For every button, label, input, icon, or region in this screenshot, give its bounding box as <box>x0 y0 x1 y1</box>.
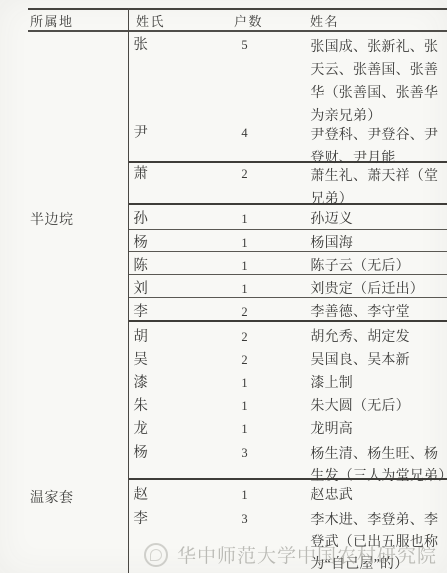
names-cell: 朱大圆（无后） <box>301 397 446 417</box>
table-top-border <box>28 8 447 10</box>
names-cell: 李善德、李守堂 <box>301 303 446 323</box>
table-row: 尹 4 尹登科、尹登谷、尹登财、尹月能 <box>129 122 447 163</box>
surname-cell: 孙 <box>129 210 231 228</box>
households-cell: 2 <box>231 165 301 184</box>
surname-cell: 杨 <box>129 444 231 462</box>
names-cell: 刘贵定（后迁出） <box>301 280 446 300</box>
surname-cell: 漆 <box>129 374 231 392</box>
surname-cell: 陈 <box>129 257 231 275</box>
households-cell: 1 <box>231 280 301 299</box>
households-cell: 3 <box>231 510 301 529</box>
surname-cell: 龙 <box>129 420 231 438</box>
households-cell: 1 <box>231 397 301 416</box>
header-names: 姓名 <box>310 11 339 30</box>
table-row: 朱 1 朱大圆（无后） <box>129 391 447 414</box>
names-cell: 胡允秀、胡定发 <box>301 328 446 348</box>
households-cell: 1 <box>231 374 301 393</box>
names-cell: 尹登科、尹登谷、尹登财、尹月能 <box>301 124 446 170</box>
names-cell: 漆上制 <box>301 374 446 394</box>
table-row: 胡 2 胡允秀、胡定发 <box>129 322 447 345</box>
surname-cell: 刘 <box>129 280 231 298</box>
surname-cell: 张 <box>129 36 231 54</box>
table-row: 漆 1 漆上制 <box>129 368 447 391</box>
table-row: 杨 3 杨生清、杨生旺、杨生发（三人为堂兄弟） <box>129 437 447 480</box>
table-row: 龙 1 龙明高 <box>129 414 447 437</box>
names-cell: 杨生清、杨生旺、杨生发（三人为堂兄弟） <box>301 444 446 488</box>
location-label-banbianyuan: 半边垸 <box>30 209 74 229</box>
surname-cell: 萧 <box>129 165 231 183</box>
households-cell: 2 <box>231 351 301 370</box>
households-cell: 1 <box>231 420 301 439</box>
table-row: 刘 1 刘贵定（后迁出） <box>129 275 447 298</box>
households-cell: 1 <box>231 257 301 276</box>
table-row: 杨 1 杨国海 <box>129 230 447 252</box>
header-surname: 姓氏 <box>136 11 165 30</box>
surname-cell: 杨 <box>129 234 231 252</box>
surname-cell: 赵 <box>129 486 231 504</box>
households-cell: 3 <box>231 444 301 463</box>
names-cell: 杨国海 <box>301 234 446 254</box>
names-cell: 赵忠武 <box>301 486 446 506</box>
names-cell: 李木进、李登弟、李登武（已出五服也称为“自己屋”的） <box>301 510 446 573</box>
surname-cell: 尹 <box>129 124 231 142</box>
surname-cell: 胡 <box>129 328 231 346</box>
names-cell: 张国成、张新礼、张天云、张善国、张善华（张善国、张善华为亲兄弟） <box>301 36 446 128</box>
surname-cell: 吴 <box>129 351 231 369</box>
households-cell: 2 <box>231 303 301 322</box>
header-households: 户数 <box>234 11 263 30</box>
households-cell: 2 <box>231 328 301 347</box>
table-row: 吴 2 吴国良、吴本新 <box>129 345 447 368</box>
names-cell: 萧生礼、萧天祥（堂兄弟） <box>301 165 446 211</box>
header-location: 所属地 <box>30 11 74 30</box>
names-cell: 龙明高 <box>301 420 446 440</box>
households-cell: 5 <box>231 36 301 55</box>
households-cell: 4 <box>231 124 301 143</box>
table-body: 张 5 张国成、张新礼、张天云、张善国、张善华（张善国、张善华为亲兄弟） 尹 4… <box>129 32 447 573</box>
table-row: 李 2 李善德、李守堂 <box>129 298 447 322</box>
names-cell: 陈子云（无后） <box>301 257 446 277</box>
table-row: 陈 1 陈子云（无后） <box>129 252 447 275</box>
scanned-genealogy-table-page: 所属地 姓氏 户数 姓名 半边垸 温家套 张 5 张国成、张新礼、张天云、张善国… <box>0 0 447 573</box>
names-cell: 孙迈义 <box>301 210 446 230</box>
households-cell: 1 <box>231 210 301 229</box>
surname-cell: 李 <box>129 303 231 321</box>
table-row: 张 5 张国成、张新礼、张天云、张善国、张善华（张善国、张善华为亲兄弟） <box>129 32 447 123</box>
households-cell: 1 <box>231 234 301 253</box>
names-cell: 吴国良、吴本新 <box>301 351 446 371</box>
table-row: 萧 2 萧生礼、萧天祥（堂兄弟） <box>129 163 447 205</box>
location-label-wenjiatao: 温家套 <box>30 487 74 507</box>
surname-cell: 李 <box>129 510 231 528</box>
households-cell: 1 <box>231 486 301 505</box>
table-row: 李 3 李木进、李登弟、李登武（已出五服也称为“自己屋”的） <box>129 504 447 573</box>
surname-cell: 朱 <box>129 397 231 415</box>
